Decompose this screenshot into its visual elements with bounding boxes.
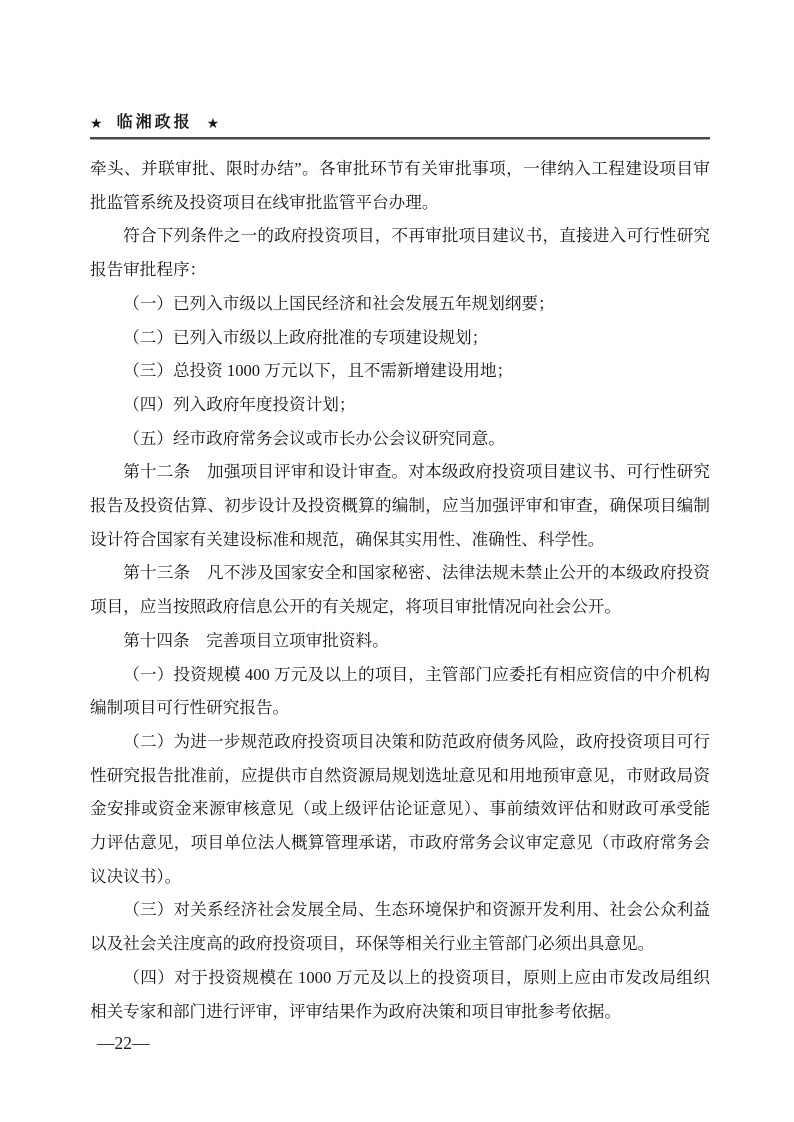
gazette-masthead: ★ 临湘政报 ★ [90, 112, 710, 134]
list-item: （三）总投资 1000 万元以下，且不需新增建设用地； [90, 354, 710, 388]
header-rule [90, 137, 710, 140]
star-icon: ★ [207, 112, 220, 134]
article-paragraph: 第十三条 凡不涉及国家安全和国家秘密、法律法规未禁止公开的本级政府投资项目，应当… [90, 556, 710, 623]
list-item: （四）列入政府年度投资计划； [90, 388, 710, 422]
page-number: —22— [97, 1031, 150, 1055]
article-paragraph: 第十四条 完善项目立项审批资料。 [90, 624, 710, 658]
document-page: ★ 临湘政报 ★ 牵头、并联审批、限时办结”。各审批环节有关审批事项，一律纳入工… [0, 0, 794, 1122]
gazette-title: 临湘政报 [117, 112, 193, 134]
article-paragraph: 第十二条 加强项目评审和设计审查。对本级政府投资项目建议书、可行性研究报告及投资… [90, 455, 710, 556]
list-item: （一）已列入市级以上国民经济和社会发展五年规划纲要； [90, 287, 710, 321]
page-header: ★ 临湘政报 ★ [90, 112, 710, 140]
list-item: （三）对关系经济社会发展全局、生态环境保护和资源开发利用、社会公众利益以及社会关… [90, 893, 710, 960]
paragraph: 牵头、并联审批、限时办结”。各审批环节有关审批事项，一律纳入工程建设项目审批监管… [90, 152, 710, 219]
list-item: （四）对于投资规模在 1000 万元及以上的投资项目，原则上应由市发改局组织相关… [90, 961, 710, 1028]
list-item: （一）投资规模 400 万元及以上的项目，主管部门应委托有相应资信的中介机构编制… [90, 658, 710, 725]
list-item: （二）已列入市级以上政府批准的专项建设规划； [90, 321, 710, 355]
star-icon: ★ [90, 112, 103, 134]
document-body: 牵头、并联审批、限时办结”。各审批环节有关审批事项，一律纳入工程建设项目审批监管… [90, 152, 710, 1028]
list-item: （二）为进一步规范政府投资项目决策和防范政府债务风险，政府投资项目可行性研究报告… [90, 725, 710, 894]
paragraph: 符合下列条件之一的政府投资项目，不再审批项目建议书，直接进入可行性研究报告审批程… [90, 219, 710, 286]
list-item: （五）经市政府常务会议或市长办公会议研究同意。 [90, 422, 710, 456]
